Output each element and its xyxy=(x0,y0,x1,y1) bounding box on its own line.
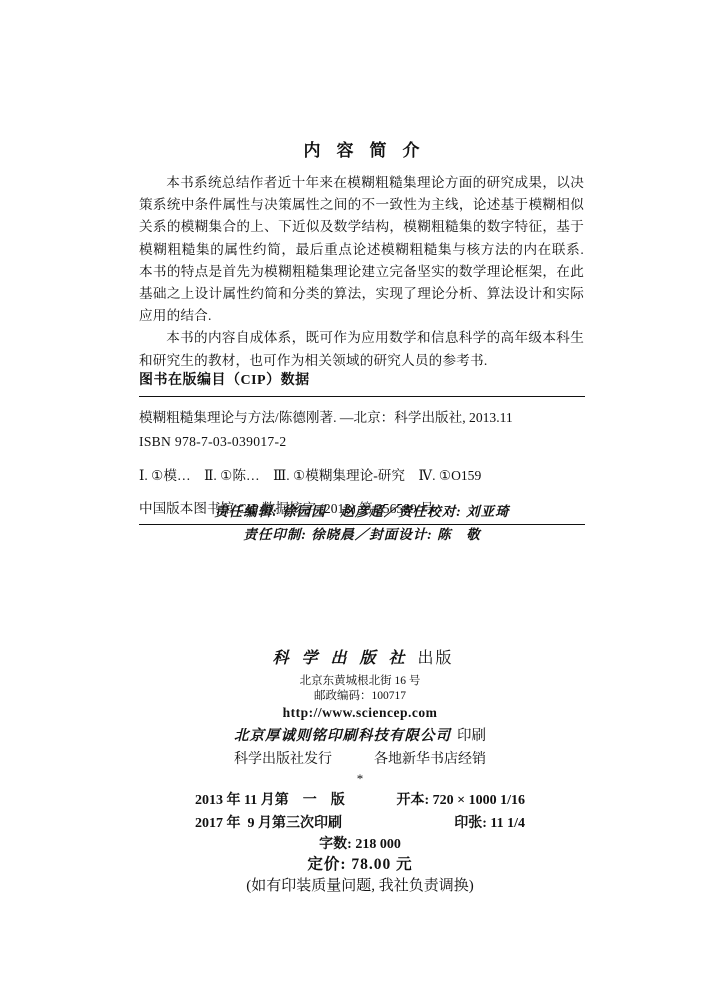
credits-line-editors: 责任编辑: 徐园园 赵彦超／责任校对: 刘亚琦 xyxy=(139,500,585,523)
distributor-left: 科学出版社发行 xyxy=(234,752,332,767)
printer-line: 北京厚诚则铭印刷科技有限公司印刷 xyxy=(0,726,720,746)
impression-date: 2017 年 9 月第三次印刷 xyxy=(195,813,342,836)
publisher-website: http://www.sciencep.com xyxy=(0,704,720,721)
star-divider: * xyxy=(0,771,720,786)
cip-classification: Ⅰ. ①模… Ⅱ. ①陈… Ⅲ. ①模糊集理论-研究 Ⅳ. ①O159 xyxy=(139,464,585,484)
quality-note: (如有印装质量问题, 我社负责调换) xyxy=(0,875,720,897)
book-copyright-page: 内容简介 本书系统总结作者近十年来在模糊粗糙集理论方面的研究成果，以决策系统中条… xyxy=(0,0,720,1000)
colophon-section: 科学出版社出版 北京东黄城根北街 16 号 邮政编码：100717 http:/… xyxy=(0,648,720,897)
publisher-line: 科学出版社出版 xyxy=(0,648,720,670)
intro-title: 内容简介 xyxy=(139,136,584,161)
publisher-postcode: 邮政编码：100717 xyxy=(0,689,720,704)
publisher-suffix: 出版 xyxy=(418,650,454,667)
credits-line-print-design: 责任印制: 徐晓晨／封面设计: 陈 敬 xyxy=(139,523,585,546)
intro-paragraph-2: 本书的内容自成体系，既可作为应用数学和信息科学的高年级本科生和研究生的教材，也可… xyxy=(139,327,584,371)
cip-top-rule xyxy=(139,396,585,397)
distribution-line: 科学出版社发行各地新华书店经销 xyxy=(0,750,720,770)
price: 定价: 78.00 元 xyxy=(0,854,720,875)
edition-date: 2013 年 11 月第 一 版 xyxy=(195,790,345,813)
printer-suffix: 印刷 xyxy=(457,728,486,744)
cip-isbn: ISBN 978-7-03-039017-2 xyxy=(139,434,585,450)
distributor-right: 各地新华书店经销 xyxy=(374,752,486,767)
word-count: 字数: 218 000 xyxy=(0,835,720,854)
content-introduction-section: 内容简介 本书系统总结作者近十年来在模糊粗糙集理论方面的研究成果，以决策系统中条… xyxy=(139,136,584,372)
cip-title-line: 模糊粗糙集理论与方法/陈德刚著. —北京：科学出版社, 2013.11 xyxy=(139,406,585,426)
cip-header: 图书在版编目（CIP）数据 xyxy=(139,369,585,389)
sheets-spec: 印张: 11 1/4 xyxy=(454,813,525,836)
printer-name: 北京厚诚则铭印刷科技有限公司 xyxy=(234,728,451,744)
impression-row: 2017 年 9 月第三次印刷 印张: 11 1/4 xyxy=(195,813,525,836)
printing-specs: 2013 年 11 月第 一 版 开本: 720 × 1000 1/16 201… xyxy=(0,790,720,835)
publisher-address: 北京东黄城根北街 16 号 xyxy=(0,673,720,689)
publisher-name: 科学出版社 xyxy=(266,650,417,667)
intro-paragraph-1: 本书系统总结作者近十年来在模糊粗糙集理论方面的研究成果，以决策系统中条件属性与决… xyxy=(139,172,584,327)
format-spec: 开本: 720 × 1000 1/16 xyxy=(396,790,525,813)
staff-credits: 责任编辑: 徐园园 赵彦超／责任校对: 刘亚琦 责任印制: 徐晓晨／封面设计: … xyxy=(139,500,585,546)
edition-row: 2013 年 11 月第 一 版 开本: 720 × 1000 1/16 xyxy=(195,790,525,813)
